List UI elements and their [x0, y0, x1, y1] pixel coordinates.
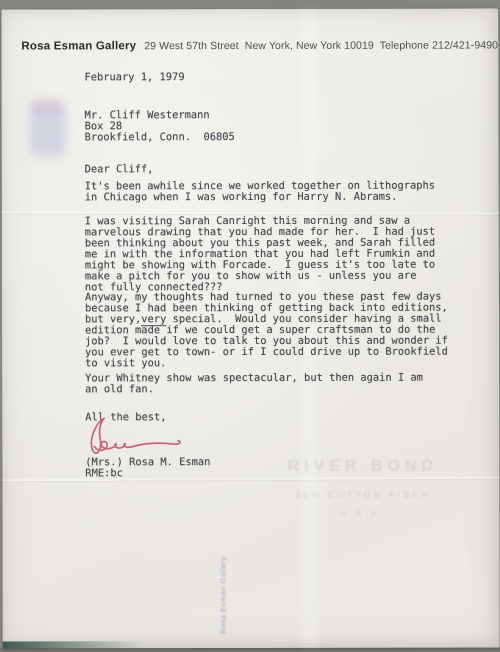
paragraph-3-end: edition made if we could get a super cra…: [85, 325, 448, 370]
watermark-fiber: 25% COTTON FIBER: [280, 490, 445, 500]
paragraph-3-start: Anyway, my thoughts had turned to you th…: [85, 292, 448, 315]
paragraph-1: It's been awhile since we worked togethe…: [85, 181, 435, 204]
paragraph-4: Your Whitney show was spectacular, but t…: [85, 373, 423, 396]
gallery-name: Rosa Esman Gallery: [21, 40, 136, 52]
typed-signoff: (Mrs.) Rosa M. Esman RME:bc: [85, 457, 210, 479]
handwritten-signature: [82, 415, 190, 461]
gallery-address: 29 West 57th Street New York, New York 1…: [144, 39, 498, 52]
date-line: February 1, 1979: [84, 72, 184, 83]
recipient-address: Mr. Cliff Westermann Box 28 Brookfield, …: [85, 110, 235, 143]
paper-watermark: RIVER BOND 25% COTTON FIBER U.S.A.: [280, 458, 445, 519]
signature-path: [91, 418, 180, 453]
letter-page: RIVER BOND 25% COTTON FIBER U.S.A. Rosa …: [1, 8, 499, 648]
salutation: Dear Cliff,: [85, 164, 154, 175]
watermark-usa: U.S.A.: [280, 509, 445, 519]
paragraph-2: I was visiting Sarah Canright this morni…: [85, 216, 435, 294]
watermark-brand: RIVER BOND: [280, 458, 445, 476]
scanned-letter: RIVER BOND 25% COTTON FIBER U.S.A. Rosa …: [0, 0, 500, 652]
verso-stamp-bleed: Rosa Esman Gallery: [218, 552, 230, 634]
letterhead: Rosa Esman Gallery 29 West 57th Street N…: [21, 39, 498, 52]
ink-bleed-stain: [30, 102, 66, 156]
scan-bottom-edge: [0, 648, 500, 652]
